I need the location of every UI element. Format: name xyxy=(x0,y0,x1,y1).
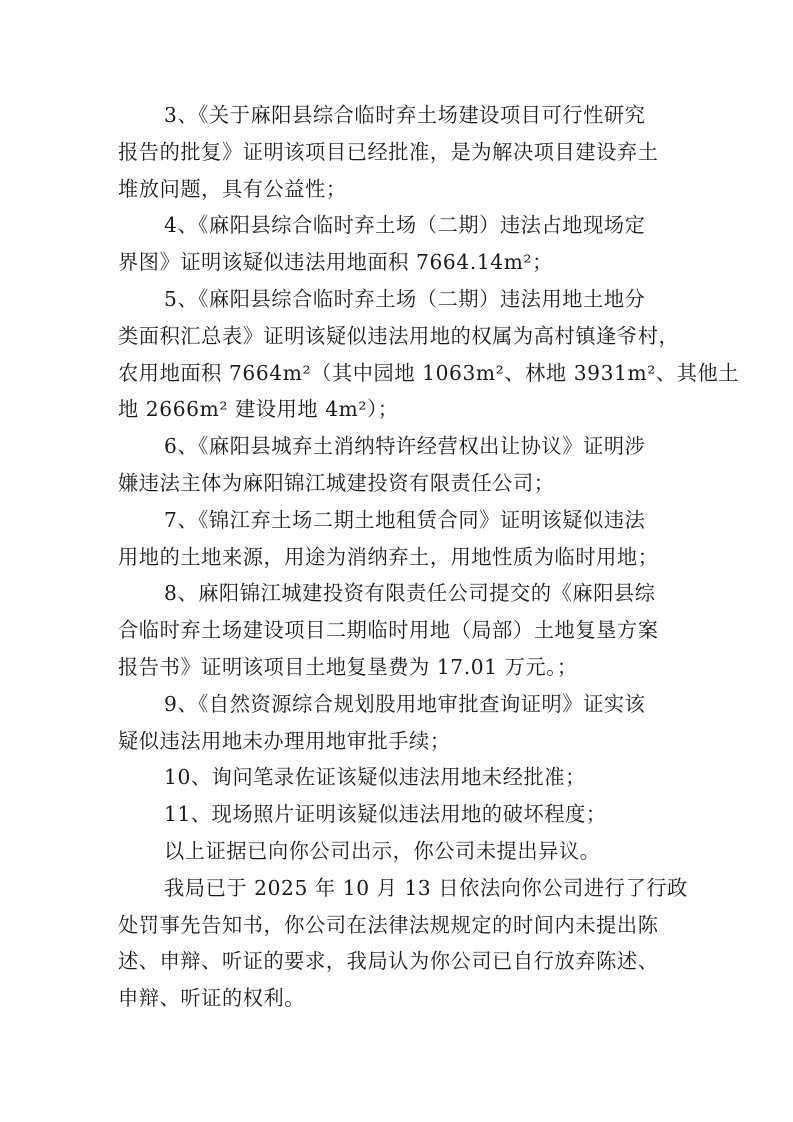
text-line: 9、《自然资源综合规划股用地审批查询证明》证实该 xyxy=(118,686,664,723)
text-line: 以上证据已向你公司出示，你公司未提出异议。 xyxy=(118,833,664,870)
paragraph-evidence-shown: 以上证据已向你公司出示，你公司未提出异议。 xyxy=(118,833,664,870)
paragraph-item-5: 5、《麻阳县综合临时弃土场（二期）违法用地土地分 类面积汇总表》证明该疑似违法用… xyxy=(118,281,664,428)
paragraph-item-9: 9、《自然资源综合规划股用地审批查询证明》证实该 疑似违法用地未办理用地审批手续… xyxy=(118,686,664,760)
paragraph-item-8: 8、麻阳锦江城建投资有限责任公司提交的《麻阳县综 合临时弃土场建设项目二期临时用… xyxy=(118,575,664,685)
paragraph-item-10: 10、询问笔录佐证该疑似违法用地未经批准； xyxy=(118,759,664,796)
text-line: 用地的土地来源，用途为消纳弃土，用地性质为临时用地； xyxy=(118,539,664,576)
text-line: 堆放问题，具有公益性； xyxy=(118,171,664,208)
document-page: 3、《关于麻阳县综合临时弃土场建设项目可行性研究 报告的批复》证明该项目已经批准… xyxy=(118,97,664,1017)
text-line: 我局已于 2025 年 10 月 13 日依法向你公司进行了行政 xyxy=(118,870,664,907)
text-line: 界图》证明该疑似违法用地面积 7664.14m²； xyxy=(118,244,664,281)
paragraph-item-11: 11、现场照片证明该疑似违法用地的破坏程度； xyxy=(118,796,664,833)
text-line: 3、《关于麻阳县综合临时弃土场建设项目可行性研究 xyxy=(118,97,664,134)
text-line: 述、申辩、听证的要求，我局认为你公司已自行放弃陈述、 xyxy=(118,943,664,980)
text-line: 4、《麻阳县综合临时弃土场（二期）违法占地现场定 xyxy=(118,207,664,244)
text-line: 报告的批复》证明该项目已经批准，是为解决项目建设弃土 xyxy=(118,134,664,171)
paragraph-notice: 我局已于 2025 年 10 月 13 日依法向你公司进行了行政 处罚事先告知书… xyxy=(118,870,664,1017)
text-line: 农用地面积 7664m²（其中园地 1063m²、林地 3931m²、其他土 xyxy=(118,355,664,392)
text-line: 申辩、听证的权利。 xyxy=(118,980,664,1017)
text-line: 6、《麻阳县城弃土消纳特许经营权出让协议》证明涉 xyxy=(118,428,664,465)
text-line: 合临时弃土场建设项目二期临时用地（局部）土地复垦方案 xyxy=(118,612,664,649)
text-line: 地 2666m² 建设用地 4m²）； xyxy=(118,391,664,428)
text-line: 7、《锦江弃土场二期土地租赁合同》证明该疑似违法 xyxy=(118,502,664,539)
text-line: 报告书》证明该项目土地复垦费为 17.01 万元。； xyxy=(118,649,664,686)
text-line: 8、麻阳锦江城建投资有限责任公司提交的《麻阳县综 xyxy=(118,575,664,612)
text-line: 处罚事先告知书，你公司在法律法规规定的时间内未提出陈 xyxy=(118,907,664,944)
paragraph-item-7: 7、《锦江弃土场二期土地租赁合同》证明该疑似违法 用地的土地来源，用途为消纳弃土… xyxy=(118,502,664,576)
text-line: 5、《麻阳县综合临时弃土场（二期）违法用地土地分 xyxy=(118,281,664,318)
text-line: 嫌违法主体为麻阳锦江城建投资有限责任公司； xyxy=(118,465,664,502)
paragraph-item-4: 4、《麻阳县综合临时弃土场（二期）违法占地现场定 界图》证明该疑似违法用地面积 … xyxy=(118,207,664,281)
text-line: 类面积汇总表》证明该疑似违法用地的权属为高村镇逢爷村， xyxy=(118,318,664,355)
paragraph-item-6: 6、《麻阳县城弃土消纳特许经营权出让协议》证明涉 嫌违法主体为麻阳锦江城建投资有… xyxy=(118,428,664,502)
paragraph-item-3: 3、《关于麻阳县综合临时弃土场建设项目可行性研究 报告的批复》证明该项目已经批准… xyxy=(118,97,664,207)
text-line: 疑似违法用地未办理用地审批手续； xyxy=(118,723,664,760)
text-line: 10、询问笔录佐证该疑似违法用地未经批准； xyxy=(118,759,664,796)
text-line: 11、现场照片证明该疑似违法用地的破坏程度； xyxy=(118,796,664,833)
